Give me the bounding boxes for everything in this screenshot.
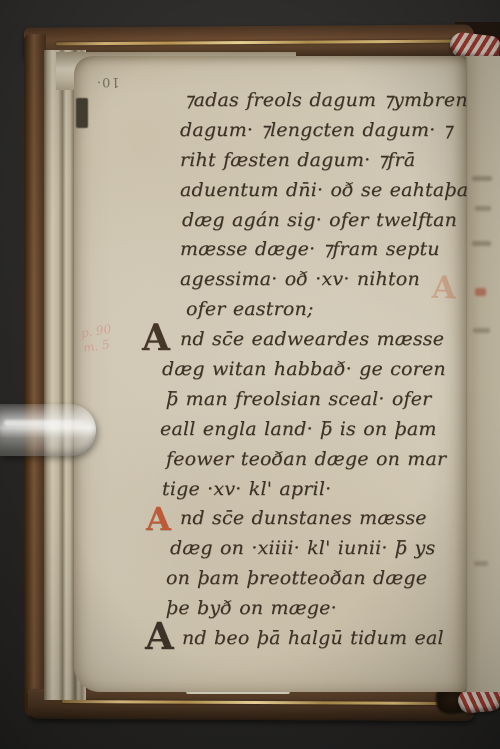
text-line-content: dæg witan habbað· ge coren — [162, 358, 446, 380]
margin-pencil-note: p. 90m. 5 — [80, 322, 115, 356]
text-line: aduentum dn̄i· oð se eahtaþa — [180, 176, 462, 206]
rubricated-initial: A — [146, 505, 171, 535]
folio-number: 10· — [96, 74, 120, 89]
text-line-content: þe byð on mæge· — [166, 597, 337, 619]
text-line-content: on þam þreotteoðan dæge — [166, 567, 427, 589]
text-line: ⁊adas freols dagum ⁊ymbren — [184, 86, 462, 116]
margin-note-line2: m. 5 — [82, 337, 111, 355]
showthrough-red-mark — [475, 288, 486, 296]
dark-tab-page-edge — [76, 98, 88, 128]
text-block: ⁊adas freols dagum ⁊ymbren dagum· ⁊lengc… — [150, 86, 462, 654]
text-line-content: nd beo þā halgū tidum eal — [182, 627, 444, 649]
book-cover-left-edge — [24, 34, 46, 716]
text-line: tige ·xv· kl' april· — [162, 475, 462, 505]
showthrough-mark — [475, 206, 491, 211]
text-line: And sc̄e dunstanes mæsse — [180, 504, 462, 534]
text-line: feower teoðan dæge on mar — [166, 445, 462, 475]
text-line-content: dagum· ⁊lengcten dagum· ⁊ — [180, 119, 452, 141]
gold-fillet-bottom — [62, 700, 448, 705]
glass-highlight — [4, 420, 84, 426]
text-line: dæg witan habbað· ge coren — [162, 355, 462, 385]
text-line: ofer eastron; — [186, 295, 462, 325]
text-line: dæg agán sig· ofer twelftan — [182, 206, 462, 236]
text-line-content: eall engla land· þ̄ is on þam — [160, 418, 437, 440]
text-line: þ̄ man freolsian sceal· ofer — [166, 385, 462, 415]
text-line: And beo þā halgū tidum eal — [182, 624, 462, 654]
text-line: on þam þreotteoðan dæge — [166, 564, 462, 594]
text-line-content: tige ·xv· kl' april· — [162, 478, 331, 500]
showthrough-mark — [473, 328, 490, 333]
showthrough-mark — [472, 241, 491, 246]
text-line-content: feower teoðan dæge on mar — [166, 448, 446, 470]
showthrough-mark — [472, 176, 492, 181]
glass-page-weight — [0, 404, 96, 456]
text-line-content: dæg on ·xiiii· kl' iunii· þ̄ ys — [170, 537, 435, 559]
text-line-content: riht fæsten dagum· ⁊frā — [180, 149, 415, 171]
text-line: eall engla land· þ̄ is on þam — [160, 415, 462, 445]
illuminated-initial: A — [145, 622, 174, 652]
text-line: dagum· ⁊lengcten dagum· ⁊ — [180, 116, 462, 146]
text-line: dæg on ·xiiii· kl' iunii· þ̄ ys — [170, 534, 462, 564]
text-line-content: agessima· oð ·xv· nihton — [180, 268, 420, 290]
text-line-content: ofer eastron; — [186, 298, 314, 320]
gold-fillet-top — [56, 40, 456, 46]
text-line: riht fæsten dagum· ⁊frā — [180, 146, 462, 176]
text-line-content: ⁊adas freols dagum ⁊ymbren — [184, 89, 468, 111]
text-line-content: nd sc̄e dunstanes mæsse — [180, 507, 427, 529]
text-line-content: þ̄ man freolsian sceal· ofer — [166, 388, 431, 410]
text-line-content: nd sc̄e eadweardes mæsse — [180, 328, 444, 350]
text-line: agessima· oð ·xv· nihton — [180, 265, 462, 295]
text-line-content: aduentum dn̄i· oð se eahtaþa — [180, 179, 468, 201]
illuminated-initial: A — [142, 324, 170, 354]
text-line: mæsse dæge· ⁊fram septu — [180, 235, 462, 265]
showthrough-mark — [474, 561, 488, 566]
text-line: þe byð on mæge· — [166, 594, 462, 624]
manuscript-photo: 10· p. 90m. 5 A ⁊adas freols dagum ⁊ymbr… — [0, 0, 500, 749]
text-line-content: mæsse dæge· ⁊fram septu — [180, 238, 440, 260]
text-line: And sc̄e eadweardes mæsse — [180, 325, 462, 355]
manuscript-page: 10· p. 90m. 5 A ⁊adas freols dagum ⁊ymbr… — [74, 56, 466, 692]
text-line-content: dæg agán sig· ofer twelftan — [182, 209, 457, 231]
